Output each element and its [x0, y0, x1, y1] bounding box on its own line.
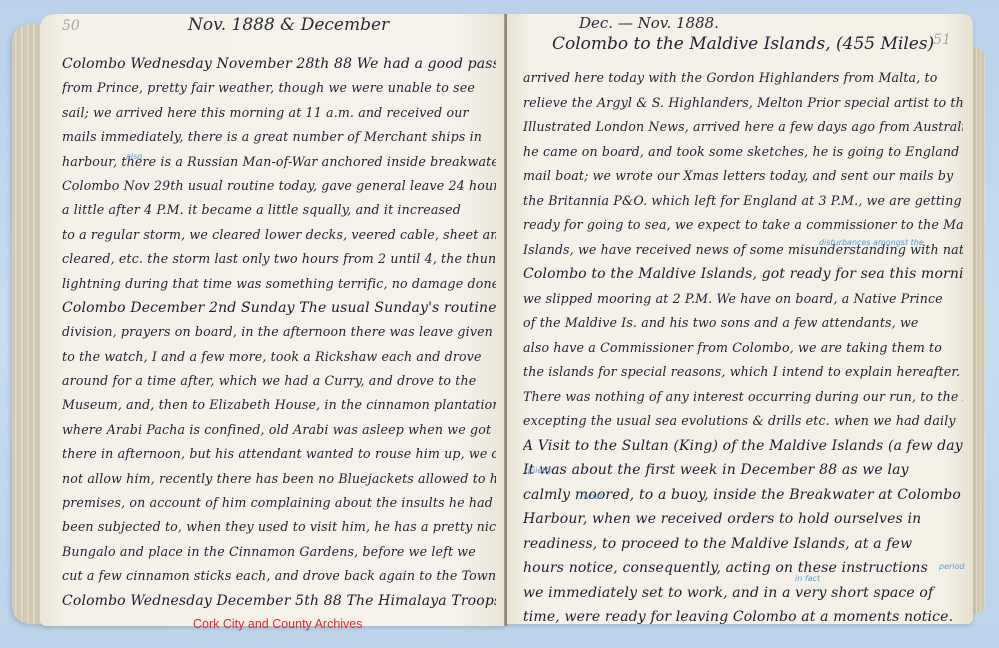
left-page: 50 Nov. 1888 & December Colombo Wednesda…: [40, 14, 506, 626]
text-line: Bungalo and place in the Cinnamon Garden…: [62, 540, 496, 564]
text-line: Colombo December 2nd Sunday The usual Su…: [62, 296, 496, 320]
text-line: of the Maldive Is. and his two sons and …: [523, 311, 963, 336]
text-line: Colombo Nov 29th usual routine today, ga…: [62, 174, 496, 198]
page-number: 51: [933, 32, 951, 48]
page-header: Dec. — Nov. 1888.: [579, 14, 719, 32]
text-line: there in afternoon, but his attendant wa…: [62, 442, 496, 466]
text-line: readiness, to proceed to the Maldive Isl…: [523, 532, 963, 557]
margin-annotation: period: [939, 562, 964, 571]
text-line: A Visit to the Sultan (King) of the Mald…: [523, 434, 963, 459]
text-line: where Arabi Pacha is confined, old Arabi…: [62, 418, 496, 442]
margin-annotation: disturbances amongst the: [819, 238, 924, 247]
margin-annotation: also: [126, 152, 142, 161]
text-line: cut a few cinnamon sticks each, and drov…: [62, 564, 496, 588]
text-line: the Britannia P&O. which left for Englan…: [523, 189, 963, 214]
text-line: lightning during that time was something…: [62, 272, 496, 296]
text-line: Illustrated London News, arrived here a …: [523, 115, 963, 140]
journal-text: Colombo Wednesday November 28th 88 We ha…: [62, 52, 496, 613]
text-line: excepting the usual sea evolutions & dri…: [523, 409, 963, 434]
text-line: It was about the first week in December …: [523, 458, 963, 483]
text-line: mails immediately, there is a great numb…: [62, 125, 496, 149]
journal-text: arrived here today with the Gordon Highl…: [523, 66, 963, 624]
margin-annotation: in fact: [795, 574, 820, 583]
archive-watermark: Cork City and County Archives: [193, 617, 363, 631]
page-number: 50: [62, 18, 80, 34]
text-line: to a regular storm, we cleared lower dec…: [62, 223, 496, 247]
text-line: ready for going to sea, we expect to tak…: [523, 213, 963, 238]
text-line: we slipped mooring at 2 P.M. We have on …: [523, 287, 963, 312]
text-line: sail; we arrived here this morning at 11…: [62, 101, 496, 125]
text-line: division, prayers on board, in the after…: [62, 320, 496, 344]
text-line: arrived here today with the Gordon Highl…: [523, 66, 963, 91]
text-line: relieve the Argyl & S. Highlanders, Melt…: [523, 91, 963, 116]
text-line: from Prince, pretty fair weather, though…: [62, 76, 496, 100]
margin-annotation: quietly: [525, 466, 552, 475]
text-line: we immediately set to work, and in a ver…: [523, 581, 963, 606]
text-line: Colombo to the Maldive Islands, got read…: [523, 262, 963, 287]
section-title: Colombo to the Maldive Islands, (455 Mil…: [552, 34, 934, 54]
text-line: not allow him, recently there has been n…: [62, 467, 496, 491]
text-line: he came on board, and took some sketches…: [523, 140, 963, 165]
text-line: There was nothing of any interest occurr…: [523, 385, 963, 410]
text-line: Harbour, when we received orders to hold…: [523, 507, 963, 532]
text-line: hours notice, consequently, acting on th…: [523, 556, 963, 581]
text-line: Museum, and, then to Elizabeth House, in…: [62, 393, 496, 417]
text-line: mail boat; we wrote our Xmas letters tod…: [523, 164, 963, 189]
text-line: around for a time after, which we had a …: [62, 369, 496, 393]
text-line: Colombo Wednesday December 5th 88 The Hi…: [62, 589, 496, 613]
margin-annotation: what: [583, 492, 603, 501]
text-line: Colombo Wednesday November 28th 88 We ha…: [62, 52, 496, 76]
right-page: 51 Dec. — Nov. 1888. Colombo to the Mald…: [507, 14, 973, 624]
text-line: the islands for special reasons, which I…: [523, 360, 963, 385]
text-line: time, were ready for leaving Colombo at …: [523, 605, 963, 624]
text-line: a little after 4 P.M. it became a little…: [62, 198, 496, 222]
text-line: to the watch, I and a few more, took a R…: [62, 345, 496, 369]
text-line: also have a Commissioner from Colombo, w…: [523, 336, 963, 361]
page-header: Nov. 1888 & December: [188, 15, 389, 35]
open-journal: 50 Nov. 1888 & December Colombo Wednesda…: [0, 0, 999, 648]
text-line: premises, on account of him complaining …: [62, 491, 496, 515]
text-line: been subjected to, when they used to vis…: [62, 515, 496, 539]
text-line: cleared, etc. the storm last only two ho…: [62, 247, 496, 271]
